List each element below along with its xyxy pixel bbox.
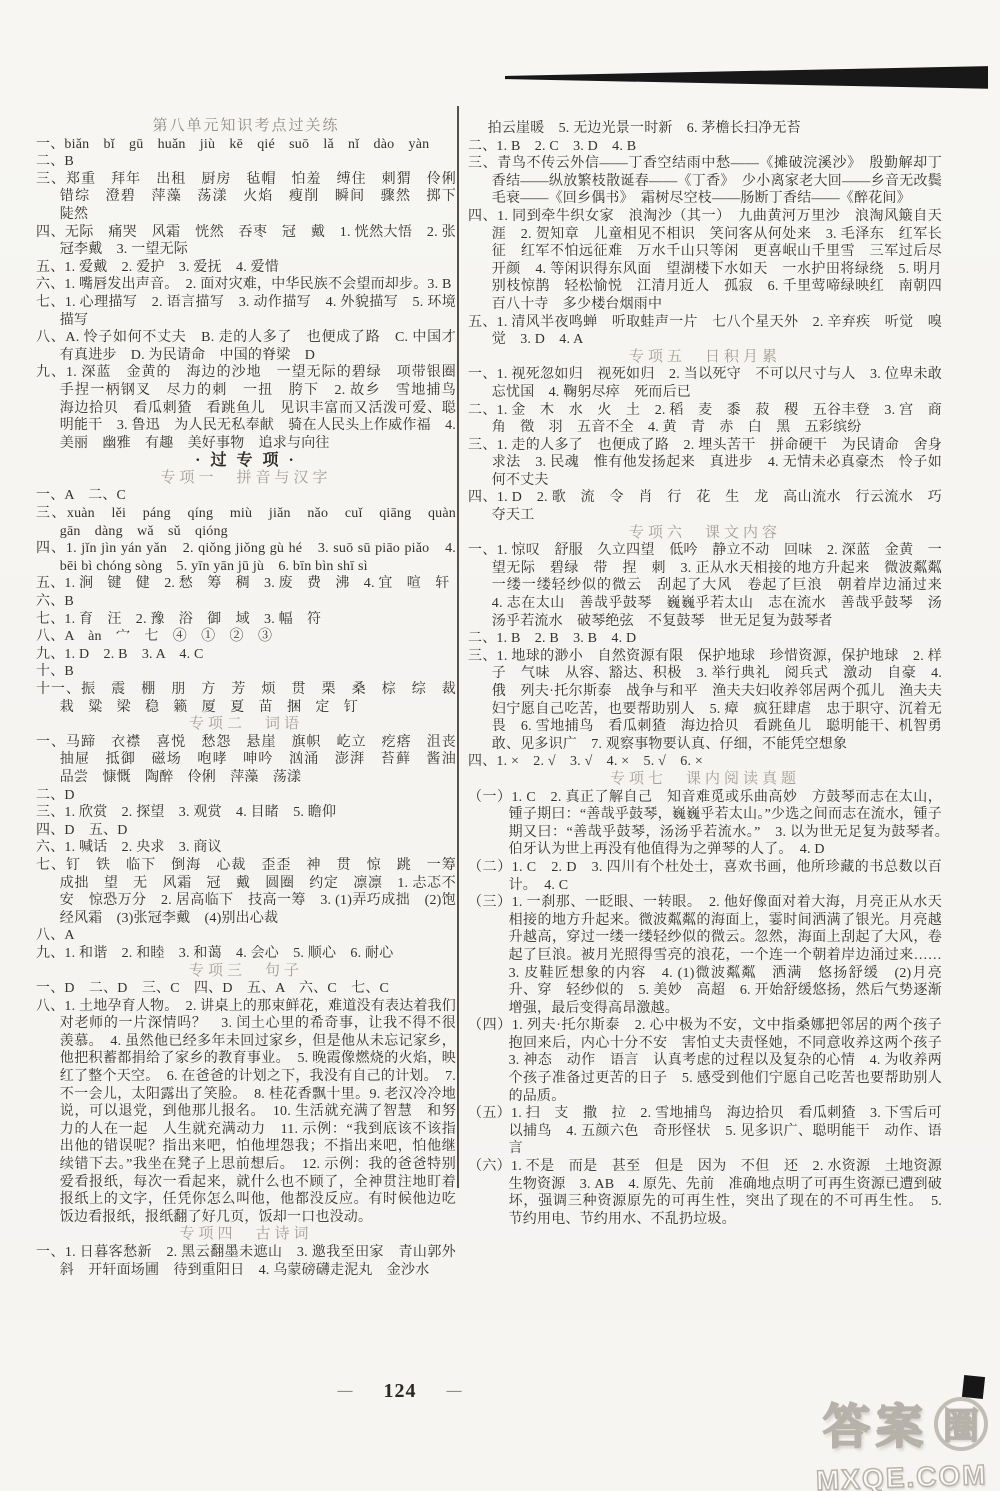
answer-paragraph: 七、1. 心理描写 2. 语言描写 3. 动作描写 4. 外貌描写 5. 环境描… bbox=[36, 294, 456, 329]
subsection-title: 专项二 词语 bbox=[36, 716, 456, 734]
answer-paragraph: 八、A àn 宀 七 ④ ① ② ③ bbox=[36, 628, 456, 646]
answer-paragraph: 二、1. 金 木 水 火 土 2. 稻 麦 黍 菽 稷 五谷丰登 3. 宫 商 … bbox=[468, 402, 942, 437]
subsection-title: 专项五 日积月累 bbox=[468, 349, 942, 367]
answer-paragraph: 九、1. 和谐 2. 和睦 3. 和蔼 4. 会心 5. 顺心 6. 耐心 bbox=[36, 945, 456, 963]
answer-paragraph: 五、1. 清风半夜鸣蝉 听取蛙声一片 七八个星天外 2. 辛弃疾 听觉 嗅觉 3… bbox=[468, 314, 942, 349]
page-footer: —124— bbox=[0, 1380, 800, 1403]
watermark-site-url: MXQE.COM bbox=[816, 1459, 989, 1491]
answer-paragraph: 十、B bbox=[36, 663, 456, 681]
answer-paragraph: 四、1. D 2. 歌 流 令 肖 行 花 生 龙 高山流水 行云流水 巧夺天工 bbox=[468, 489, 942, 524]
subsection-title: 专项四 古诗词 bbox=[36, 1226, 456, 1244]
answer-paragraph: 一、1. 日暮客愁新 2. 黑云翻墨未遮山 3. 邀我至田家 青山郭外斜 开轩面… bbox=[36, 1244, 456, 1279]
answer-paragraph: 九、1. 深蓝 金黄的 海边的沙地 一望无际的碧绿 项带银圈 手捏一柄钢叉 尽力… bbox=[36, 364, 456, 452]
scanned-answer-page: 第八单元知识考点过关练 一、biǎn bǐ gū huǎn jiù kē qié… bbox=[0, 0, 1000, 1491]
answer-paragraph: 三、1. 走的人多了 也便成了路 2. 埋头苦干 拼命硬干 为民请命 舍身求法 … bbox=[468, 437, 942, 490]
answer-paragraph: 二、1. B 2. C 3. D 4. B bbox=[468, 138, 942, 156]
answer-paragraph: 六、1. 嘴唇发出声音。 2. 面对灾难，中华民族不会望而却步。3. B bbox=[36, 276, 456, 294]
answer-paragraph: 四、1. × 2. √ 3. √ 4. × 5. √ 6. × bbox=[468, 753, 942, 771]
left-column: 第八单元知识考点过关练 一、biǎn bǐ gū huǎn jiù kē qié… bbox=[36, 118, 456, 1279]
subsection-title: 专项七 课内阅读真题 bbox=[468, 771, 942, 789]
answer-paragraph: （二）1. C 2. D 3. 四川有个杜处士，喜欢书画，他所珍藏的书总数以百计… bbox=[468, 859, 942, 894]
watermark-logo: 答案 圈 bbox=[816, 1390, 988, 1457]
answer-paragraph: 一、D 二、D 三、C 四、D 五、A 六、C 七、C bbox=[36, 980, 456, 998]
answer-paragraph: 二、1. B 2. B 3. B 4. D bbox=[468, 630, 942, 648]
answer-paragraph: 二、B bbox=[36, 153, 456, 171]
subsection-title: 专项六 课文内容 bbox=[468, 525, 942, 543]
answer-paragraph: 一、1. 视死忽如归 视死如归 2. 当以死守 不可以尺寸与人 3. 位卑未敢忘… bbox=[468, 366, 942, 401]
column-divider-rule bbox=[457, 106, 459, 1188]
answer-paragraph: 三、1. 地球的渺小 自然资源有限 保护地球 珍惜资源，保护地球 2. 样子 气… bbox=[468, 648, 942, 754]
watermark-logo-text: 答案 bbox=[823, 1390, 929, 1457]
page-number: 124 bbox=[384, 1380, 417, 1402]
answer-paragraph: （六）1. 不是 而是 甚至 但是 因为 不但 还 2. 水资源 土地资源 生物… bbox=[468, 1158, 942, 1228]
answer-paragraph: 五、1. 爱戴 2. 爱护 3. 爱抚 4. 爱惜 bbox=[36, 259, 456, 277]
subsection-title: 专项一 拼音与汉字 bbox=[36, 470, 456, 488]
answer-paragraph: 七、钉 铁 临下 倒海 心裁 歪歪 神 贯 惊 跳 一筹 成拙 望 无 风霜 冠… bbox=[36, 857, 456, 927]
answer-paragraph: （一）1. C 2. 真正了解自己 知音难觅或乐曲高妙 方鼓琴而志在太山，锺子期… bbox=[468, 789, 942, 859]
footer-dash-left: — bbox=[338, 1383, 354, 1399]
answer-paragraph: 四、D 五、D bbox=[36, 822, 456, 840]
section-title: · 过 专 项 · bbox=[36, 452, 456, 470]
subsection-title: 专项三 句子 bbox=[36, 963, 456, 981]
answer-paragraph: 拍云崖暖 5. 无边光景一时新 6. 茅檐长扫净无苔 bbox=[468, 120, 942, 138]
answer-paragraph: 四、无际 痛哭 风霜 恍然 吞枣 冠 戴 1. 恍然大悟 2. 张冠李戴 3. … bbox=[36, 224, 456, 259]
answer-paragraph: 四、1. jǐn jìn yán yǎn 2. qiǒng jiǒng gù h… bbox=[36, 540, 456, 575]
answer-paragraph: 三、1. 欣赏 2. 探望 3. 观赏 4. 目睹 5. 瞻仰 bbox=[36, 804, 456, 822]
answer-paragraph: 一、1. 惊叹 舒服 久立四望 低吟 静立不动 回味 2. 深蓝 金黄 一望无际… bbox=[468, 542, 942, 630]
answer-paragraph: 四、1. 同到牵牛织女家 浪淘沙（其一） 九曲黄河万里沙 浪淘风簸自天涯 2. … bbox=[468, 208, 942, 314]
footer-dash-right: — bbox=[447, 1383, 463, 1399]
answer-paragraph: （三）1. 一刹那、一眨眼、一转眼。 2. 他好像面对着大海，月亮正从水天相接的… bbox=[468, 894, 942, 1017]
answer-paragraph: 三、青鸟不传云外信——丁香空结雨中愁——《摊破浣溪沙》 殷勤解却丁香结——纵放繁… bbox=[468, 155, 942, 208]
answer-paragraph: 三、xuàn lěi páng qíng miù jiǎn nǎo cuǐ qi… bbox=[36, 505, 456, 540]
answer-paragraph: 十一、振 震 棚 朋 方 芳 烦 贯 栗 桑 棕 综 裁 栽 粱 梁 稳 籁 厦… bbox=[36, 681, 456, 716]
answer-paragraph: 九、1. D 2. B 3. A 4. C bbox=[36, 646, 456, 664]
answer-paragraph: 一、马蹄 衣襟 喜悦 愁怨 悬崖 旗帜 屹立 疙瘩 沮丧 抽屉 抵御 磁场 咆哮… bbox=[36, 734, 456, 787]
answer-paragraph: 三、郑重 拜年 出租 厨房 毡帽 怕羞 缚住 刺猬 伶俐 错综 澄碧 萍藻 荡漾… bbox=[36, 171, 456, 224]
answer-paragraph: 六、1. 喊话 2. 央求 3. 商议 bbox=[36, 839, 456, 857]
answer-paragraph: 六、B bbox=[36, 593, 456, 611]
answer-paragraph: 七、1. 育 汪 2. 豫 浴 御 域 3. 幅 符 bbox=[36, 611, 456, 629]
answer-paragraph: 一、biǎn bǐ gū huǎn jiù kē qié suō lǎ nǐ d… bbox=[36, 136, 456, 154]
answer-paragraph: 一、A 二、C bbox=[36, 487, 456, 505]
unit-title: 第八单元知识考点过关练 bbox=[36, 118, 456, 136]
scan-shadow-bar bbox=[505, 64, 988, 90]
answer-paragraph: 八、1. 土地孕育人物。 2. 讲桌上的那束鲜花，难道没有表达着我们对老师的一片… bbox=[36, 998, 456, 1227]
answer-paragraph: 八、A. 怜子如何不丈夫 B. 走的人多了 也便成了路 C. 中国才有真进步 D… bbox=[36, 329, 456, 364]
watermark: 答案 圈 MXQE.COM bbox=[816, 1390, 988, 1491]
answer-paragraph: （五）1. 扫 支 撒 拉 2. 雪地捕鸟 海边拾贝 看瓜刺猹 3. 下雪后可以… bbox=[468, 1105, 942, 1158]
answer-paragraph: 五、1. 涧 键 健 2. 愁 筹 稠 3. 废 费 沸 4. 宜 喧 轩 bbox=[36, 575, 456, 593]
right-column: 拍云崖暖 5. 无边光景一时新 6. 茅檐长扫净无苔 二、1. B 2. C 3… bbox=[468, 120, 942, 1228]
answer-paragraph: （四）1. 列夫·托尔斯泰 2. 心中极为不安，文中指桑娜把邻居的两个孩子抱回来… bbox=[468, 1017, 942, 1105]
answer-paragraph: 二、D bbox=[36, 787, 456, 805]
watermark-logo-circle: 圈 bbox=[934, 1397, 988, 1451]
answer-paragraph: 八、A bbox=[36, 927, 456, 945]
